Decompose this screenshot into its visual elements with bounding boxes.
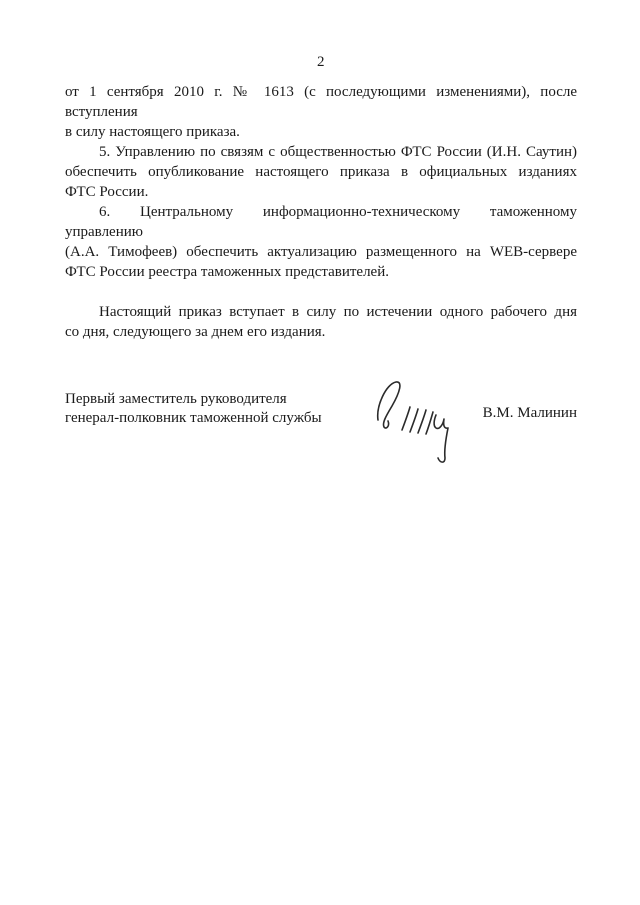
text-line: со дня, следующего за днем его издания. — [65, 322, 577, 342]
paragraph: 6. Центральному информационно-техническо… — [65, 202, 577, 282]
text-line: ФТС России реестра таможенных представит… — [65, 262, 577, 282]
signatory-position-line1: Первый заместитель руководителя — [65, 390, 322, 409]
paragraph: 5. Управлению по связям с общественность… — [65, 142, 577, 202]
text-line: ФТС России. — [65, 182, 577, 202]
signatory-position-line2: генерал-полковник таможенной службы — [65, 409, 322, 428]
document-body: от 1 сентября 2010 г. № 1613 (с последую… — [65, 82, 577, 342]
signature-block: Первый заместитель руководителя генерал-… — [65, 390, 577, 500]
text-line: от 1 сентября 2010 г. № 1613 (с последую… — [65, 82, 577, 122]
paragraph: от 1 сентября 2010 г. № 1613 (с последую… — [65, 82, 577, 142]
text-line: 6. Центральному информационно-техническо… — [65, 202, 577, 242]
signatory-position: Первый заместитель руководителя генерал-… — [65, 390, 322, 427]
text-line: обеспечить опубликование настоящего прик… — [65, 162, 577, 182]
text-line: (А.А. Тимофеев) обеспечить актуализацию … — [65, 242, 577, 262]
text-line: 5. Управлению по связям с общественность… — [65, 142, 577, 162]
signatory-name: В.М. Малинин — [483, 404, 577, 422]
text-line: в силу настоящего приказа. — [65, 122, 577, 142]
scanned-document-page: 2 от 1 сентября 2010 г. № 1613 (с послед… — [0, 0, 640, 905]
text-line: Настоящий приказ вступает в силу по исте… — [65, 302, 577, 322]
handwritten-signature-icon — [370, 376, 465, 471]
page-number: 2 — [65, 52, 577, 72]
paragraph: Настоящий приказ вступает в силу по исте… — [65, 302, 577, 342]
